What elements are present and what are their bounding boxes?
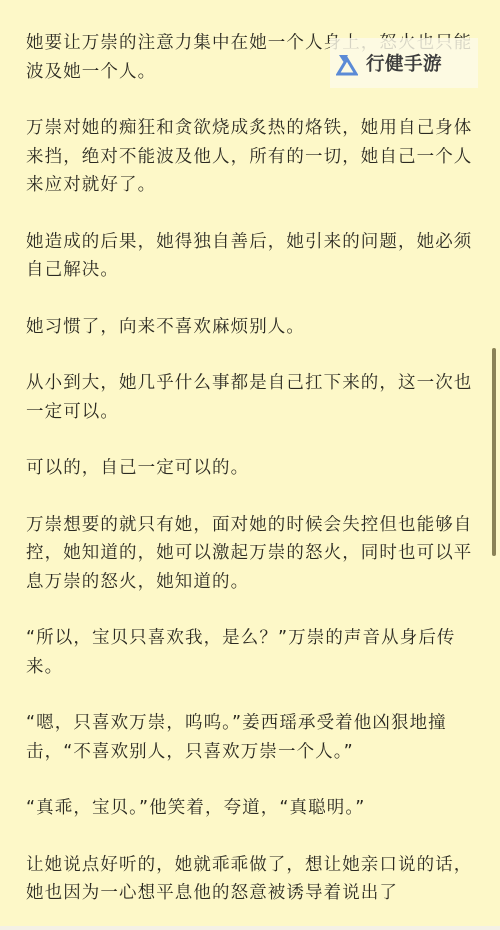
watermark-text: 行健手游 <box>366 50 442 76</box>
hourglass-triangle-logo-icon <box>336 54 358 76</box>
paragraph: 她习惯了，向来不喜欢麻烦别人。 <box>26 313 476 342</box>
paragraph: “真乖，宝贝。”他笑着，夸道，“真聪明。” <box>26 794 476 823</box>
paragraph: 让她说点好听的，她就乖乖做了，想让她亲口说的话，她也因为一心想平息他的怒意被诱导… <box>26 851 476 908</box>
paragraph: 万崇想要的就只有她，面对她的时候会失控但也能够自控，她知道的，她可以激起万崇的怒… <box>26 511 476 597</box>
paragraph: “所以，宝贝只喜欢我，是么？”万崇的声音从身后传来。 <box>26 624 476 681</box>
bottom-edge <box>0 926 500 930</box>
scrollbar-thumb[interactable] <box>492 348 496 556</box>
article-body: 她要让万崇的注意力集中在她一个人身上，怒火也只能波及她一个人。 万崇对她的痴狂和… <box>26 29 476 930</box>
reader-page[interactable]: 她要让万崇的注意力集中在她一个人身上，怒火也只能波及她一个人。 万崇对她的痴狂和… <box>0 0 500 930</box>
watermark: 行健手游 <box>330 38 478 88</box>
paragraph: 她造成的后果，她得独自善后，她引来的问题，她必须自己解决。 <box>26 228 476 285</box>
paragraph: “嗯，只喜欢万崇，呜呜。”姜西瑶承受着他凶狠地撞击，“不喜欢别人，只喜欢万崇一个… <box>26 709 476 766</box>
paragraph: 万崇对她的痴狂和贪欲烧成炙热的烙铁，她用自己身体来挡，绝对不能波及他人，所有的一… <box>26 114 476 200</box>
paragraph: 从小到大，她几乎什么事都是自己扛下来的，这一次也一定可以。 <box>26 369 476 426</box>
paragraph: 可以的，自己一定可以的。 <box>26 454 476 483</box>
